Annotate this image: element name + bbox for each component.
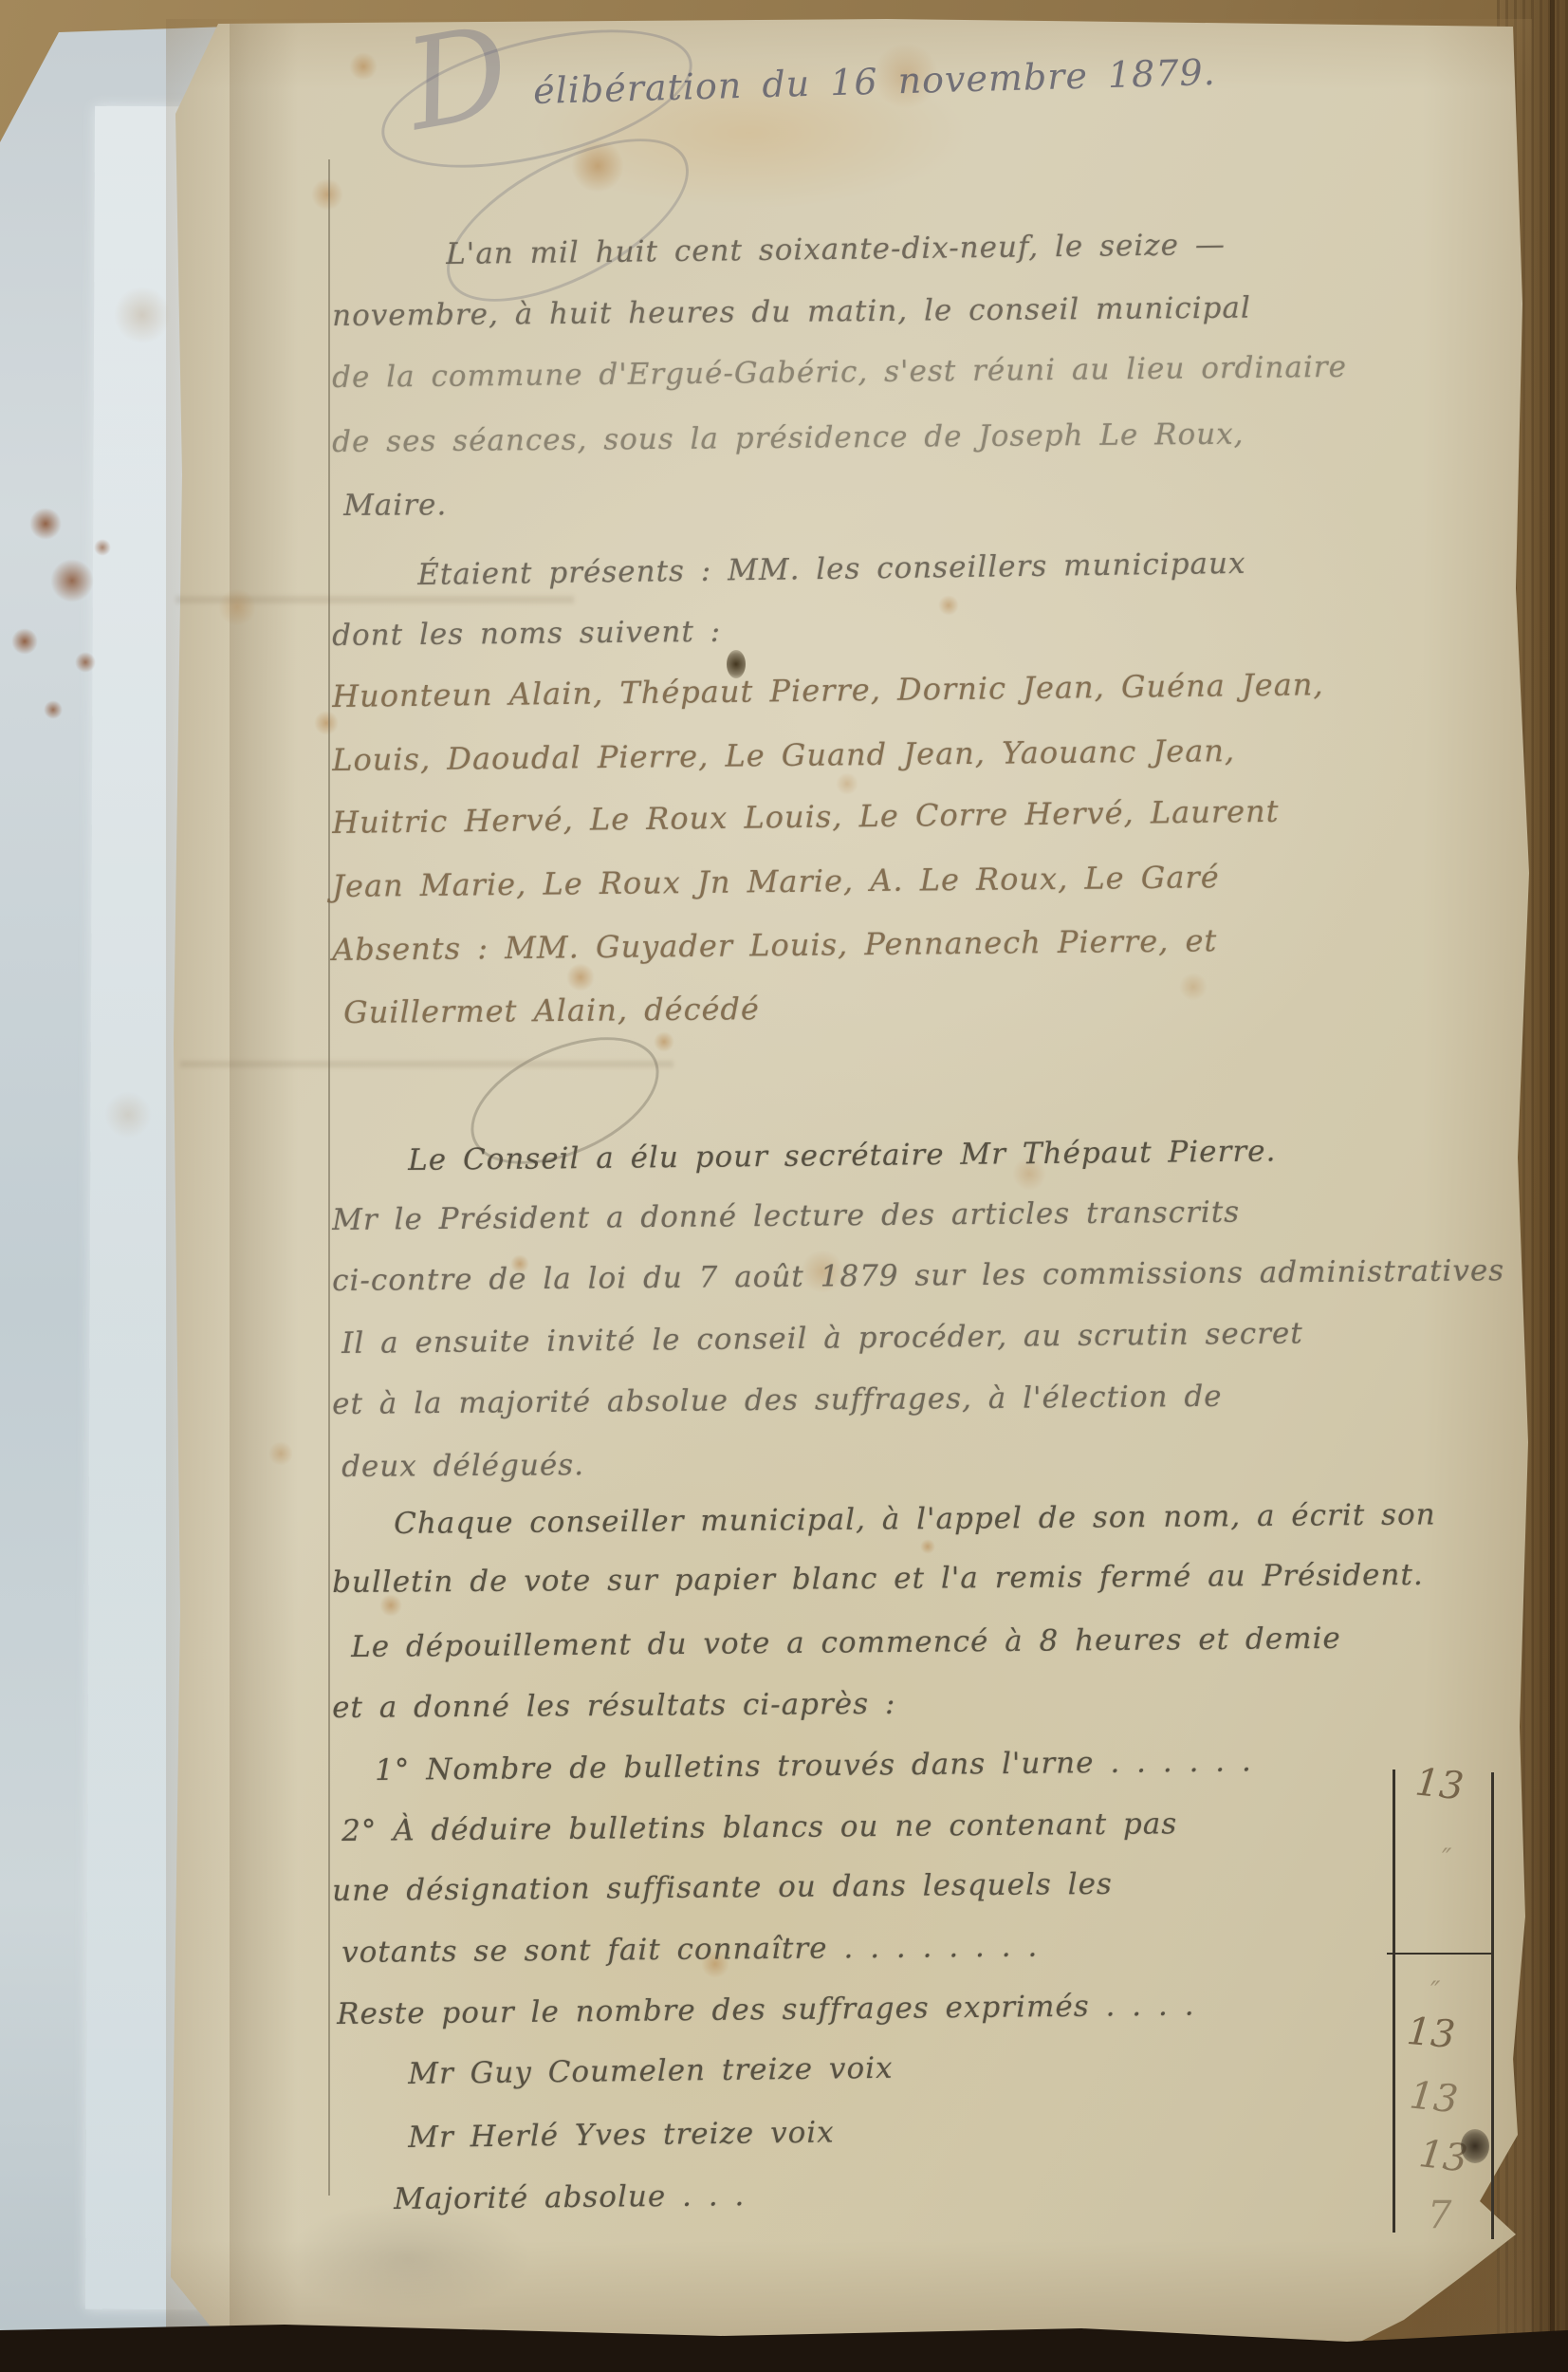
tally-row-label: Mr Guy Coumelen treize voix bbox=[408, 2051, 894, 2091]
tally-ditto: ″ bbox=[1430, 1975, 1440, 2007]
document-photo: D élibération du 16 novembre 1879. L'an … bbox=[0, 0, 1568, 2372]
tally-value: 13 bbox=[1416, 2132, 1469, 2181]
handwritten-line: dont les noms suivent : bbox=[332, 615, 721, 653]
tally-value: 13 bbox=[1413, 1760, 1466, 1808]
tally-value: 13 bbox=[1408, 2073, 1460, 2122]
tally-value: 7 bbox=[1428, 2194, 1451, 2237]
tally-ditto: ″ bbox=[1442, 1843, 1451, 1874]
tally-row-label: une désignation suffisante ou dans lesqu… bbox=[332, 1867, 1113, 1908]
tally-row-label: 2° À déduire bulletins blancs ou ne cont… bbox=[341, 1807, 1177, 1848]
handwritten-line: Maire. bbox=[343, 488, 447, 523]
handwritten-line: Guillermet Alain, décédé bbox=[343, 991, 760, 1030]
tally-row-label: votants se sont fait connaître . . . . .… bbox=[341, 1930, 1038, 1970]
tally-row-label: Mr Herlé Yves treize voix bbox=[408, 2116, 835, 2155]
margin-rule bbox=[328, 159, 330, 2196]
cardboard-crease bbox=[1550, 0, 1555, 2372]
table-rule-horizontal bbox=[1387, 1953, 1493, 1955]
table-rule-vertical bbox=[1491, 1772, 1494, 2239]
table-rule-vertical bbox=[1393, 1770, 1395, 2233]
tally-value: 13 bbox=[1405, 2010, 1457, 2057]
handwritten-line: et a donné les résultats ci-après : bbox=[332, 1687, 895, 1725]
tally-row-label: Majorité absolue . . . bbox=[394, 2178, 745, 2216]
handwritten-line: deux délégués. bbox=[341, 1448, 584, 1484]
